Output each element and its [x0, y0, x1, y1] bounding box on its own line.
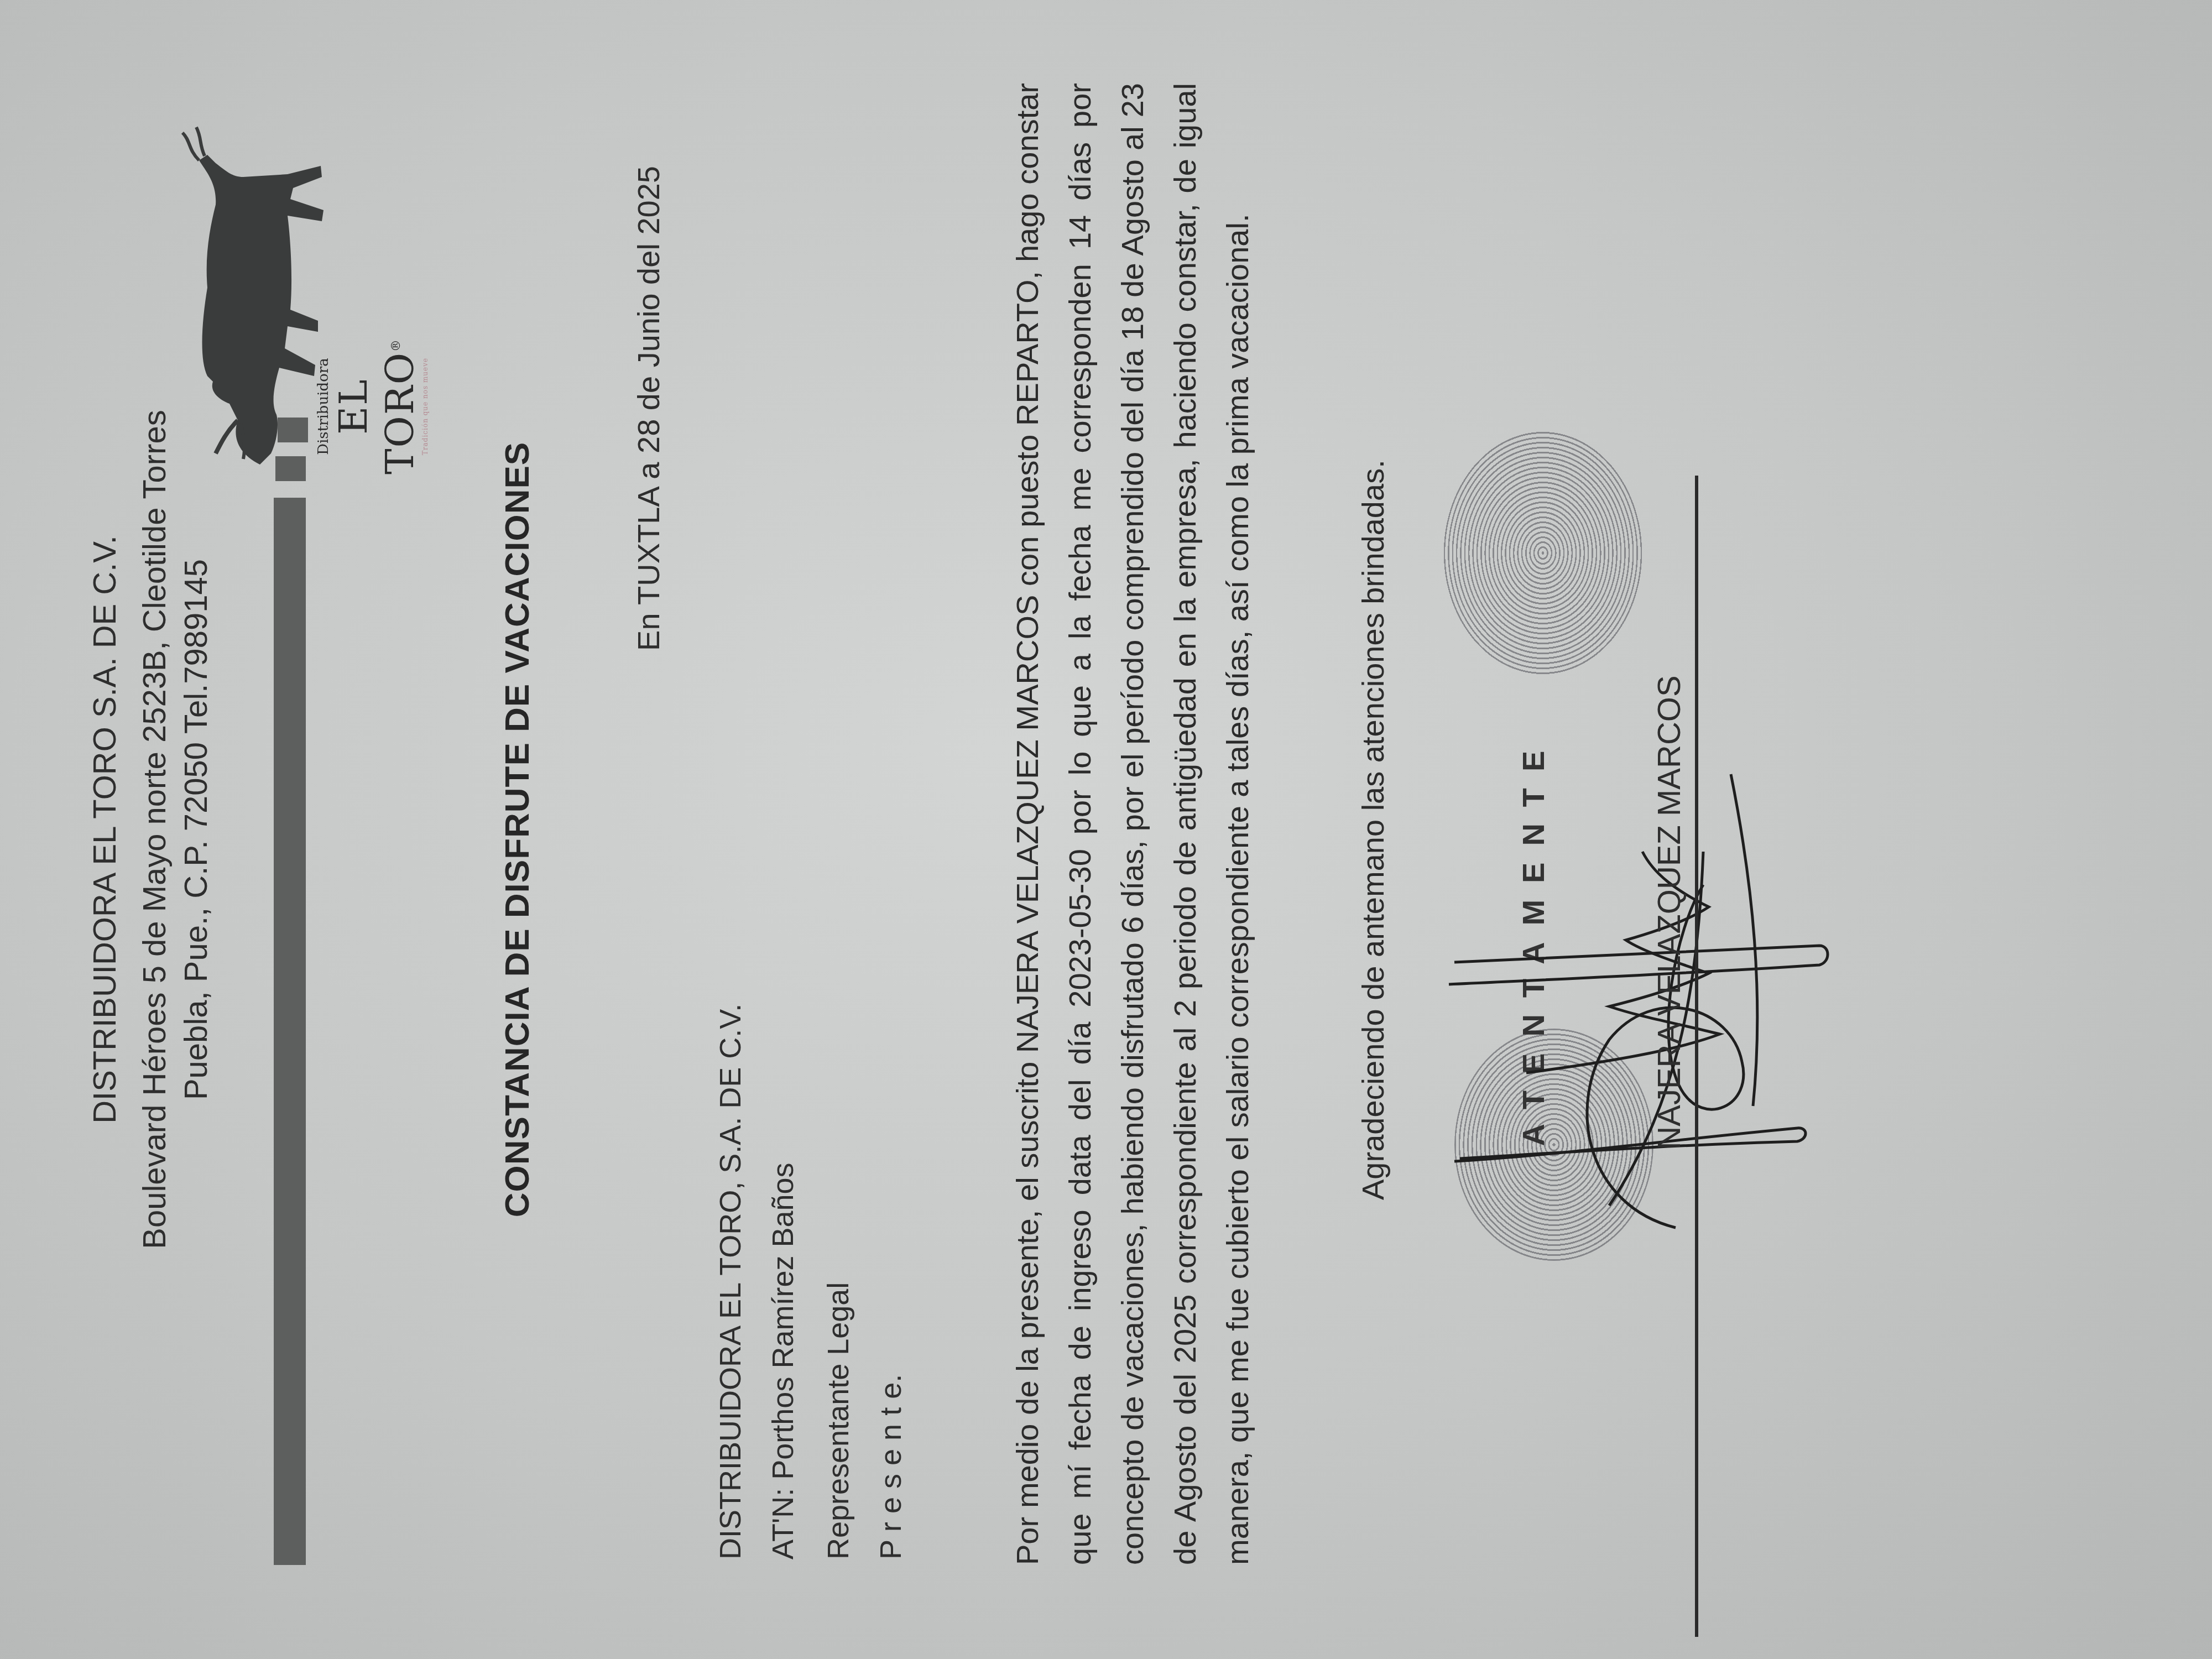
recipient-attention: AT'N: Porthos Ramírez Baños — [766, 1162, 800, 1559]
logo-wordmark: Distribuidora EL TORO® Tradición que nos… — [315, 315, 429, 498]
document-title: CONSTANCIA DE DISFRUTE DE VACACIONES — [498, 0, 537, 1659]
company-logo: Distribuidora EL TORO® Tradición que nos… — [177, 133, 431, 498]
header-rule-accent — [275, 456, 306, 481]
logo-small-text: Distribuidora — [315, 315, 332, 498]
place-date: En TUXTLA a 28 de Junio del 2025 — [630, 166, 666, 651]
signer-name: NAJERA VELAZQUEZ MARCOS — [1651, 498, 1688, 1327]
document-page: DISTRIBUIDORA EL TORO S.A. DE C.V. Boule… — [28, 0, 2184, 1659]
signature — [1443, 442, 1830, 1272]
recipient-company: DISTRIBUIDORA EL TORO, S.A. DE C.V. — [713, 1004, 748, 1559]
logo-tagline: Tradición que nos mueve — [421, 315, 429, 498]
body-line: Por medio de la presente, el suscrito NA… — [1009, 83, 1045, 1565]
body-line: de Agosto del 2025 correspondiente al 2 … — [1167, 83, 1203, 1565]
body-line: manera, que me fue cubierto el salario c… — [1219, 83, 1255, 1565]
logo-big-text: EL TORO® — [332, 315, 421, 498]
header-rule — [274, 498, 306, 1565]
recipient-salutation: P r e s e n t e. — [874, 1374, 908, 1559]
body-line: concepto de vacaciones, habiendo disfrut… — [1114, 83, 1150, 1565]
header-rule-accent — [278, 418, 308, 442]
recipient-role: Representante Legal — [821, 1282, 855, 1559]
company-name: DISTRIBUIDORA EL TORO S.A. DE C.V. — [83, 166, 127, 1493]
company-address-line1: Boulevard Héroes 5 de Mayo norte 2523B, … — [133, 166, 177, 1493]
body-line: que mí fecha de ingreso data del día 202… — [1062, 83, 1098, 1565]
signature-line — [1695, 476, 1698, 1637]
closing-text: Agradeciendo de antemano las atenciones … — [1355, 460, 1391, 1200]
